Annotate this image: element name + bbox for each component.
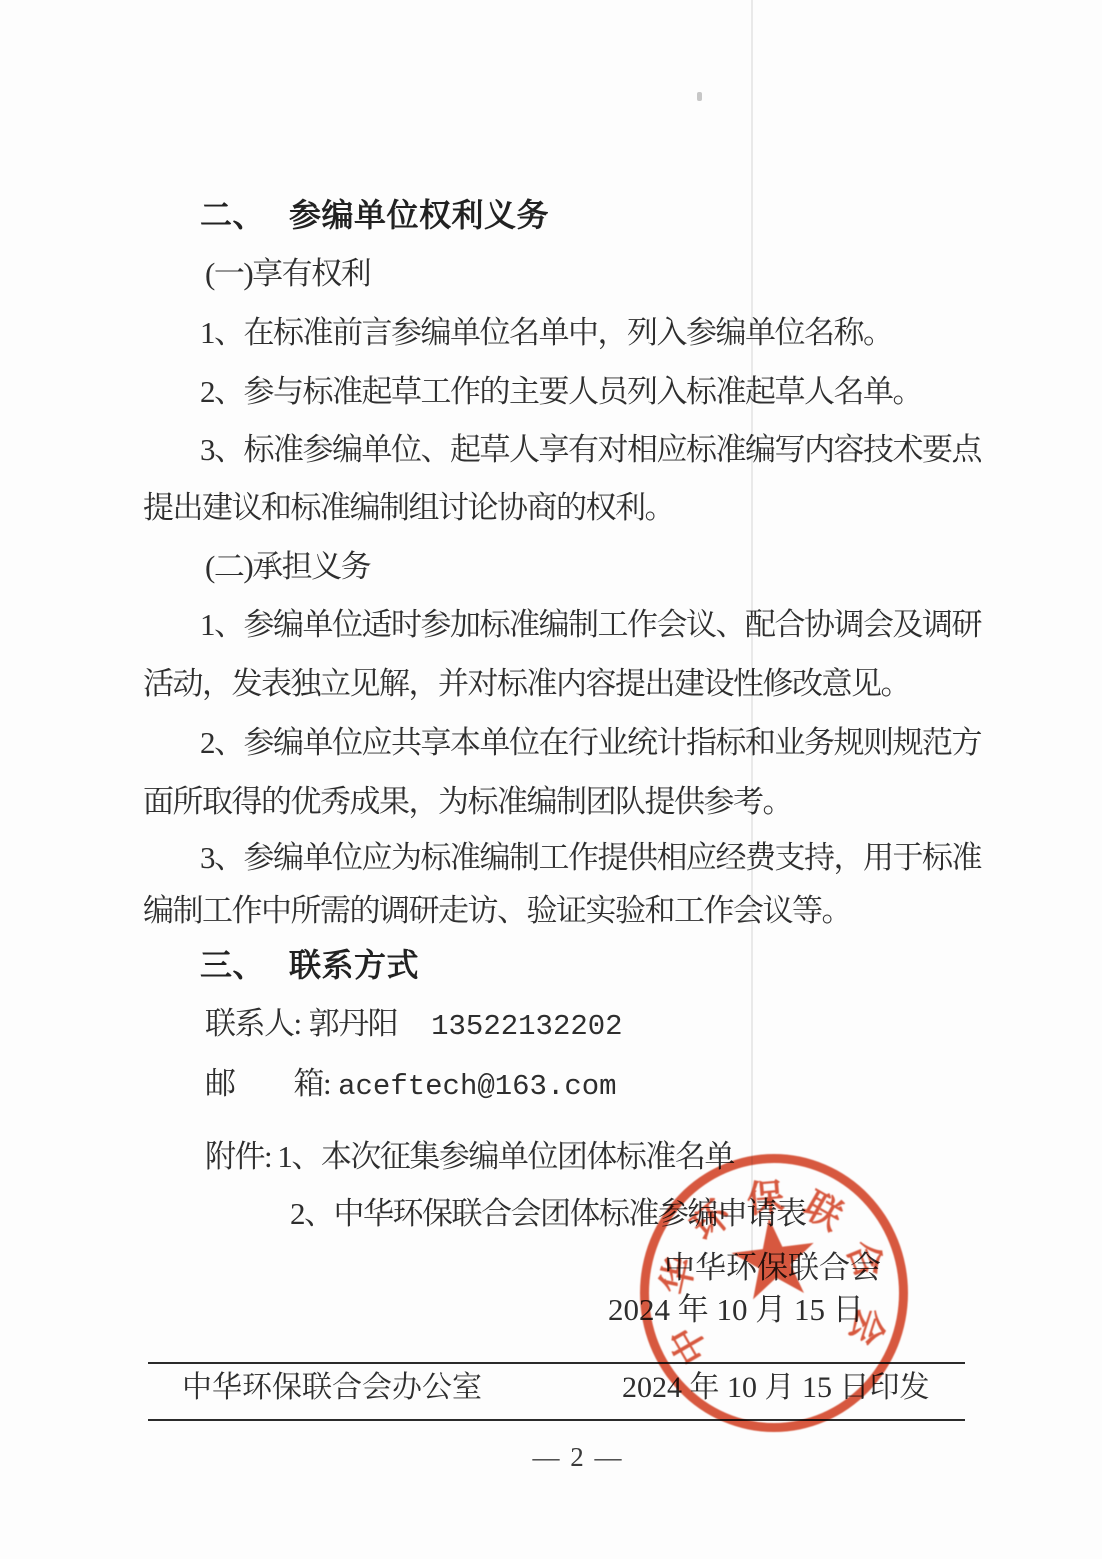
paragraph-obligation-3-line2: 编制工作中所需的调研走访、验证实验和工作会议等。 — [143, 893, 851, 929]
email-value: aceftech@163.com — [338, 1070, 616, 1103]
section-2-title: 参编单位权利义务 — [289, 197, 549, 234]
page-number: — 2 — — [508, 1442, 648, 1473]
paragraph-obligation-1-line2: 活动，发表独立见解，并对标准内容提出建设性修改意见。 — [143, 666, 910, 702]
paragraph-obligation-2-line2: 面所取得的优秀成果，为标准编制团队提供参考。 — [143, 784, 792, 820]
official-seal: ★ 中华环保联合会 — [640, 1154, 908, 1432]
document-page: 二、参编单位权利义务 (一)享有权利 1、在标准前言参编单位名单中，列入参编单位… — [0, 0, 1102, 1559]
contact-label: 联系人: — [205, 1006, 301, 1041]
seal-ring-char: 保 — [745, 1178, 785, 1218]
section-2-heading: 二、参编单位权利义务 — [200, 197, 549, 234]
contact-phone: 13522132202 — [431, 1010, 622, 1043]
seal-ring-char: 华 — [656, 1253, 700, 1297]
paragraph-obligation-2-line1: 2、参编单位应共享本单位在行业统计指标和业务规则规范方 — [200, 725, 981, 761]
footer-office: 中华环保联合会办公室 — [182, 1371, 482, 1406]
email-label: 邮 箱: — [205, 1066, 330, 1101]
subsection-2-heading: (二)承担义务 — [205, 549, 370, 585]
contact-name: 郭丹阳 — [309, 1006, 398, 1042]
section-3-number: 三、 — [200, 947, 265, 983]
paragraph-rights-1: 1、在标准前言参编单位名单中，列入参编单位名称。 — [200, 315, 893, 351]
email-line: 邮 箱:aceftech@163.com — [205, 1066, 617, 1103]
paragraph-rights-3-line2: 提出建议和标准编制组讨论协商的权利。 — [143, 490, 674, 526]
contact-line: 联系人:郭丹阳13522132202 — [205, 1006, 623, 1043]
section-3-heading: 三、联系方式 — [200, 947, 419, 984]
subsection-1-heading: (一)享有权利 — [205, 256, 370, 292]
section-2-number: 二、 — [200, 197, 265, 233]
scan-speck — [697, 92, 702, 101]
paragraph-obligation-1-line1: 1、参编单位适时参加标准编制工作会议、配合协调会及调研 — [200, 607, 981, 643]
section-3-title: 联系方式 — [289, 947, 419, 984]
paragraph-rights-2: 2、参与标准起草工作的主要人员列入标准起草人名单。 — [200, 374, 922, 410]
paragraph-obligation-3-line1: 3、参编单位应为标准编制工作提供相应经费支持，用于标准 — [200, 840, 981, 876]
paragraph-rights-3-line1: 3、标准参编单位、起草人享有对相应标准编写内容技术要点 — [200, 432, 981, 468]
